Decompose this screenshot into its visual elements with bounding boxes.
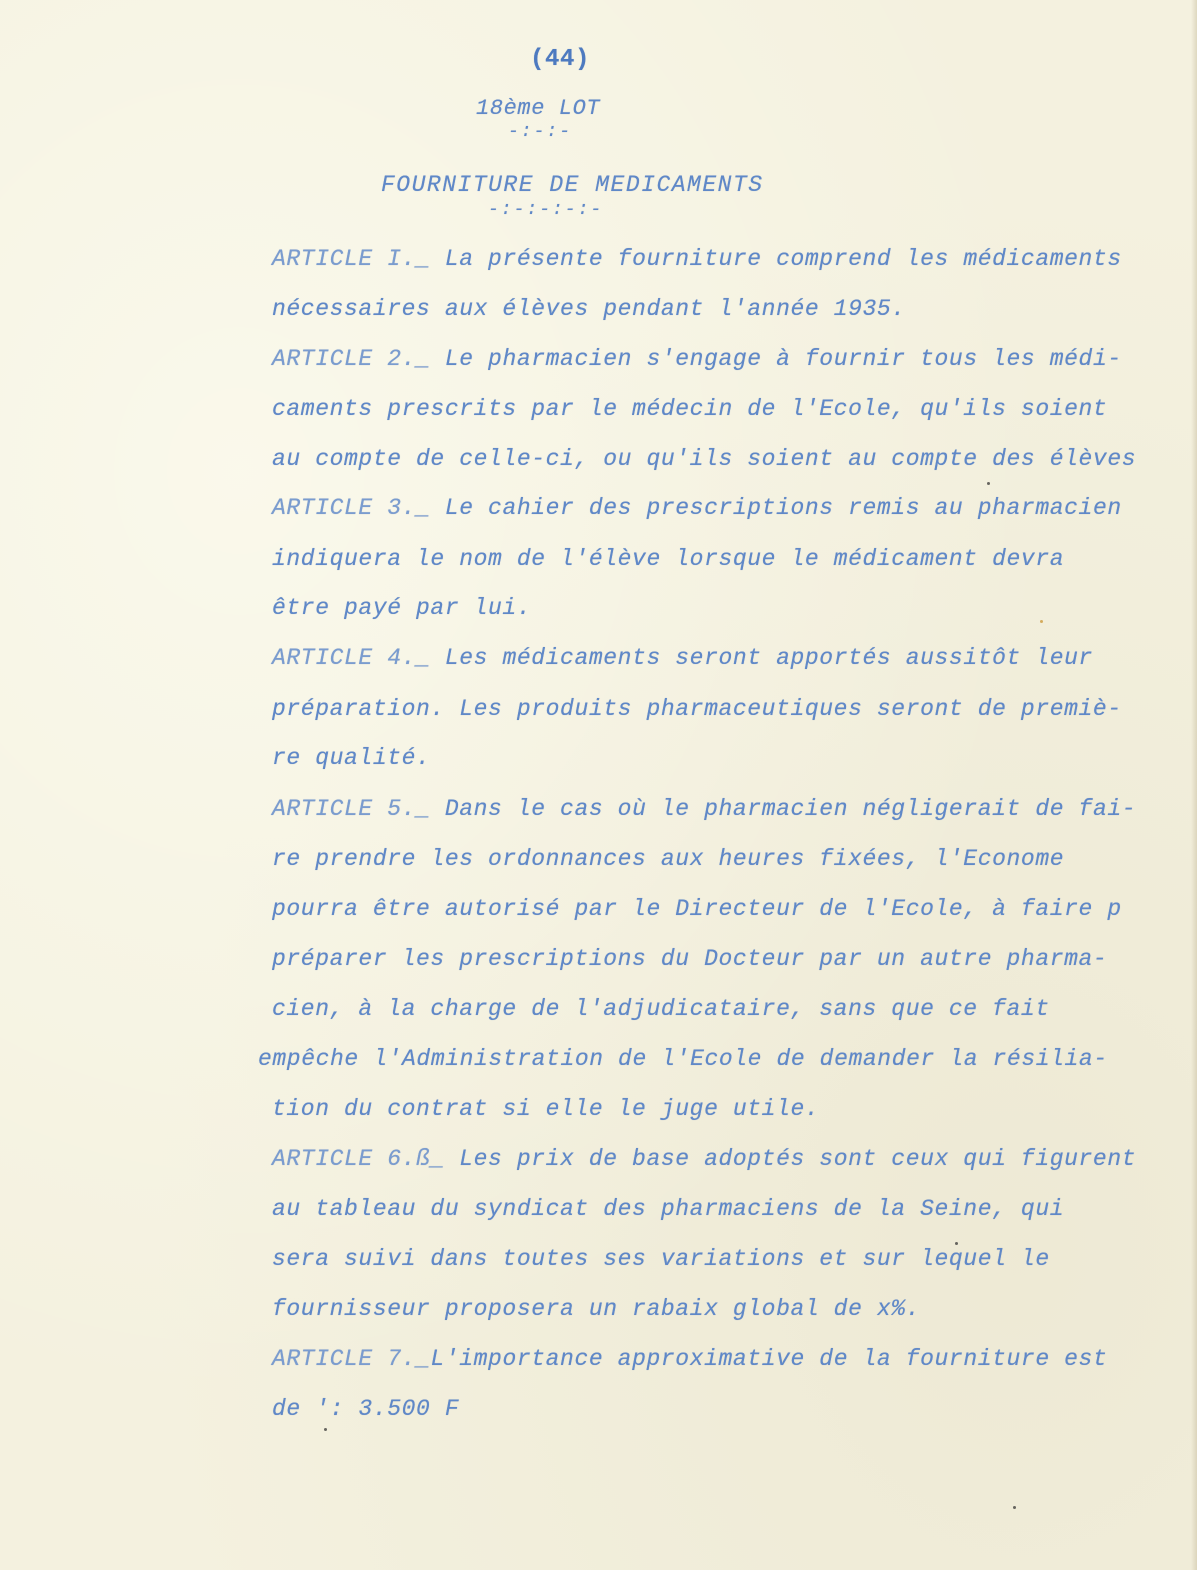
article-3-line-3: être payé par lui. bbox=[272, 595, 531, 621]
article-5-line-2: re prendre les ordonnances aux heures fi… bbox=[272, 846, 1064, 872]
article-5-line-6: empêche l'Administration de l'Ecole de d… bbox=[258, 1046, 1108, 1072]
article-label: ARTICLE I._ bbox=[272, 246, 430, 272]
paper-speck bbox=[987, 482, 990, 485]
article-label: ARTICLE 4._ bbox=[272, 645, 430, 671]
title-separator-long: -:-:-:-:- bbox=[488, 200, 603, 220]
article-2-line-2: caments prescrits par le médecin de l'Ec… bbox=[272, 396, 1107, 422]
article-7-line-2: de ': 3.500 F bbox=[272, 1396, 459, 1422]
article-label: ARTICLE 7._ bbox=[272, 1346, 430, 1372]
typewritten-page: (44) 18ème LOT -:-:- FOURNITURE DE MEDIC… bbox=[0, 0, 1197, 1570]
article-4-line-1: ARTICLE 4._ Les médicaments seront appor… bbox=[272, 645, 1093, 671]
article-label: ARTICLE 5._ bbox=[272, 796, 430, 822]
article-2-line-1: ARTICLE 2._ Le pharmacien s'engage à fou… bbox=[272, 346, 1122, 372]
article-5-line-7: tion du contrat si elle le juge utile. bbox=[272, 1096, 819, 1122]
article-5-line-5: cien, à la charge de l'adjudicataire, sa… bbox=[272, 996, 1050, 1022]
paper-speck bbox=[1040, 620, 1043, 623]
article-5-line-3: pourra être autorisé par le Directeur de… bbox=[272, 896, 1122, 922]
article-5-line-4: préparer les prescriptions du Docteur pa… bbox=[272, 946, 1107, 972]
article-1-line-1: ARTICLE I._ La présente fourniture compr… bbox=[272, 246, 1122, 272]
article-6-line-2: au tableau du syndicat des pharmaciens d… bbox=[272, 1196, 1064, 1222]
article-6-line-4: fournisseur proposera un rabaix global d… bbox=[272, 1296, 920, 1322]
article-label: ARTICLE 2._ bbox=[272, 346, 430, 372]
article-4-line-2: préparation. Les produits pharmaceutique… bbox=[272, 696, 1122, 722]
title-separator: -:-:- bbox=[508, 122, 572, 142]
article-1-line-2: nécessaires aux élèves pendant l'année 1… bbox=[272, 296, 906, 322]
article-6-line-1: ARTICLE 6.ß_ Les prix de base adoptés so… bbox=[272, 1146, 1136, 1172]
main-title: FOURNITURE DE MEDICAMENTS bbox=[381, 172, 764, 198]
article-3-line-2: indiquera le nom de l'élève lorsque le m… bbox=[272, 546, 1064, 572]
page-number: (44) bbox=[530, 46, 590, 73]
article-3-line-1: ARTICLE 3._ Le cahier des prescriptions … bbox=[272, 495, 1122, 521]
article-label: ARTICLE 6.ß_ bbox=[272, 1146, 445, 1172]
article-2-line-3: au compte de celle-ci, ou qu'ils soient … bbox=[272, 446, 1136, 472]
paper-speck bbox=[324, 1428, 327, 1431]
article-label: ARTICLE 3._ bbox=[272, 495, 430, 521]
article-5-line-1: ARTICLE 5._ Dans le cas où le pharmacien… bbox=[272, 796, 1136, 822]
article-6-line-3: sera suivi dans toutes ses variations et… bbox=[272, 1246, 1050, 1272]
paper-speck bbox=[955, 1242, 958, 1245]
paper-edge bbox=[1191, 0, 1197, 1570]
lot-title: 18ème LOT bbox=[476, 96, 600, 121]
article-7-line-1: ARTICLE 7._L'importance approximative de… bbox=[272, 1346, 1107, 1372]
article-4-line-3: re qualité. bbox=[272, 745, 430, 771]
paper-speck bbox=[1013, 1506, 1016, 1509]
